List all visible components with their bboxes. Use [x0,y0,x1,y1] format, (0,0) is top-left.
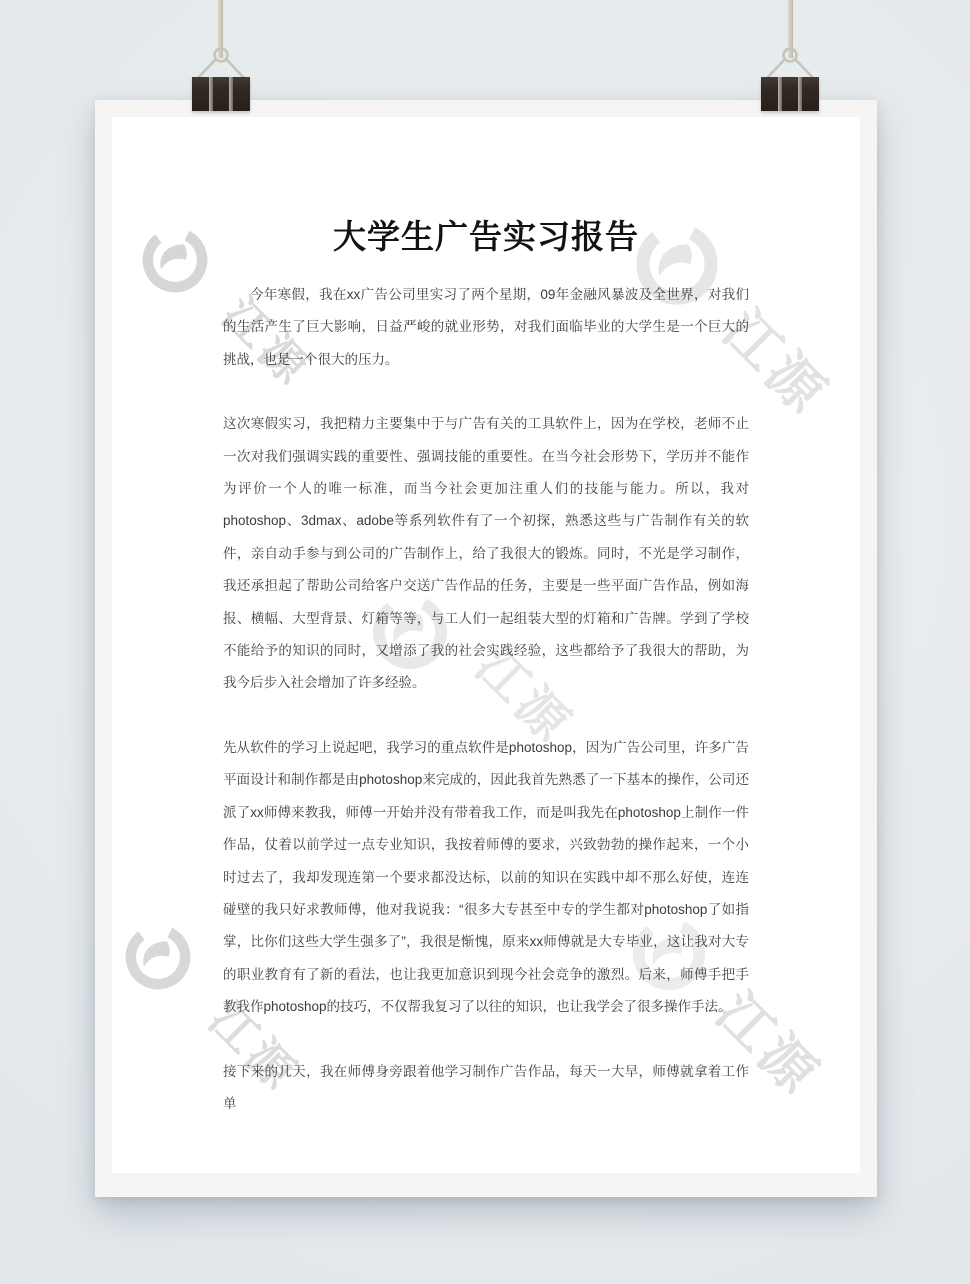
clip-body [761,77,819,111]
report-document: 大学生广告实习报告 今年寒假，我在xx广告公司里实习了两个星期，09年金融风暴波… [223,215,749,1152]
binder-clip-left [192,44,250,111]
clip-arm [778,77,782,111]
clip-arm [209,77,213,111]
paragraph-4: 接下来的几天，我在师傅身旁跟着他学习制作广告作品，每天一大早，师傅就拿着工作单 [223,1056,749,1121]
binder-clip-right [761,44,819,111]
clip-body [192,77,250,111]
clip-wire-handle-icon [762,44,818,79]
paragraph-3: 先从软件的学习上说起吧，我学习的重点软件是photoshop，因为广告公司里，许… [223,732,749,1024]
paper-sheet: 江源 江源 江源 江源 [95,100,877,1197]
clip-arm [229,77,233,111]
paragraph-1: 今年寒假，我在xx广告公司里实习了两个星期，09年金融风暴波及全世界，对我们的生… [223,279,749,376]
clip-arm [798,77,802,111]
clip-wire-handle-icon [193,44,249,79]
document-title: 大学生广告实习报告 [223,215,749,259]
paragraph-2: 这次寒假实习，我把精力主要集中于与广告有关的工具软件上，因为在学校，老师不止一次… [223,408,749,700]
poster-mockup-scene: 江源 江源 江源 江源 [0,0,970,1284]
